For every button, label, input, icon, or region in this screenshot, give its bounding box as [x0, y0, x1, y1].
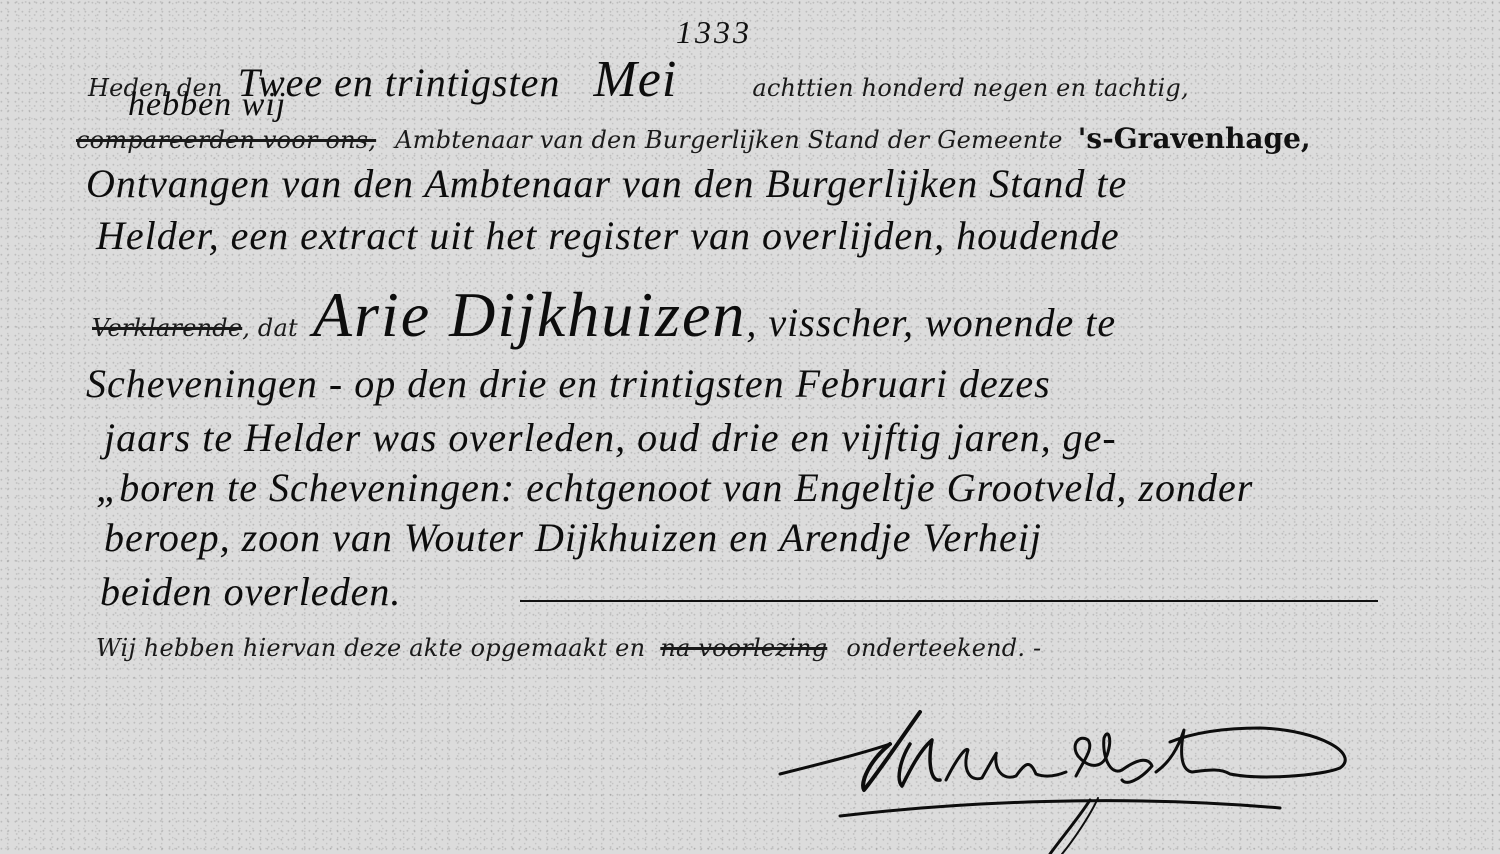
struck-text: compareerden voor ons, [76, 126, 376, 154]
line-10: beiden overleden. [100, 568, 401, 615]
line-9: beroep, zoon van Wouter Dijkhuizen en Ar… [104, 514, 1042, 561]
printed-text: Ambtenaar van den Burgerlijken Stand der… [395, 126, 1062, 154]
deceased-name: Arie Dijkhuizen [313, 279, 746, 350]
line-4: Helder, een extract uit het register van… [96, 212, 1120, 259]
printed-text: Wij hebben hiervan deze akte opgemaakt e… [96, 634, 645, 662]
handwritten-occupation: , visscher, wonende te [746, 300, 1116, 345]
line-2: compareerden voor ons, Ambtenaar van den… [76, 122, 1311, 155]
line-6: Scheveningen - op den drie en trintigste… [86, 360, 1051, 407]
record-number: 1333 [676, 14, 752, 51]
line-11: Wij hebben hiervan deze akte opgemaakt e… [96, 634, 1041, 662]
line-5: Verklarende, dat Arie Dijkhuizen, vissch… [92, 278, 1116, 352]
printed-year: achttien honderd negen en tachtig, [752, 74, 1188, 102]
official-signature [760, 690, 1380, 854]
signature-icon [760, 690, 1380, 854]
insert-hebben-wij: hebben wij [128, 86, 286, 124]
municipality-name: 's-Gravenhage, [1078, 122, 1311, 155]
handwritten-month: Mei [593, 51, 677, 108]
struck-text: na voorlezing [660, 634, 827, 662]
line-3: Ontvangen van den Ambtenaar van den Burg… [86, 160, 1127, 207]
line-8: „boren te Scheveningen: echtgenoot van E… [96, 464, 1253, 511]
printed-text: , dat [242, 314, 298, 342]
line-7: jaars te Helder was overleden, oud drie … [104, 414, 1117, 461]
filler-line [520, 600, 1378, 602]
struck-text: Verklarende [92, 314, 242, 342]
printed-text: onderteekend. - [846, 634, 1041, 662]
